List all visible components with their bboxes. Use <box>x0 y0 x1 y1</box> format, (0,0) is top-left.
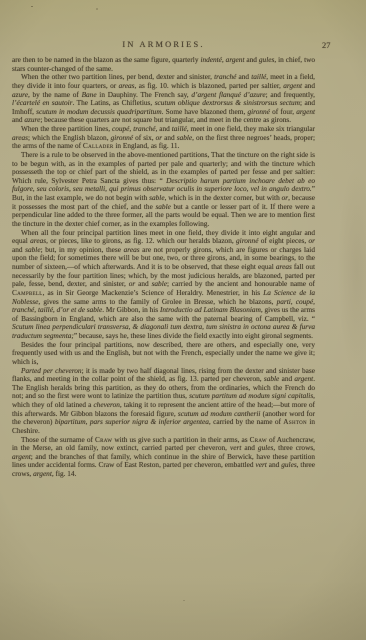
page-stain <box>320 150 366 450</box>
paragraph-1: are then to be named in the blazon as th… <box>12 56 315 73</box>
paper-speck <box>31 6 33 7</box>
paragraph-7: Parted per cheveron; it is made by two h… <box>12 367 315 436</box>
paragraph-2: When the other two partition lines, per … <box>12 73 315 125</box>
paragraph-6: Besides the four principal partitions, n… <box>12 341 315 367</box>
page-number: 27 <box>322 41 342 50</box>
book-page: IN ARMORIES. 27 are then to be named in … <box>0 0 366 640</box>
paragraph-5: When all the four principal partition li… <box>12 229 315 341</box>
paper-speck <box>183 600 185 601</box>
paragraph-3: When the three partition lines, coupé, t… <box>12 125 315 151</box>
paragraph-4: There is a rule to be observed in the ab… <box>12 151 315 229</box>
page-stain <box>0 580 366 640</box>
paper-speck <box>96 8 98 10</box>
body-text-block: are then to be named in the blazon as th… <box>12 56 315 479</box>
running-header-title: IN ARMORIES. <box>12 40 315 49</box>
paragraph-8: Those of the surname of Craw with us giv… <box>12 436 315 479</box>
